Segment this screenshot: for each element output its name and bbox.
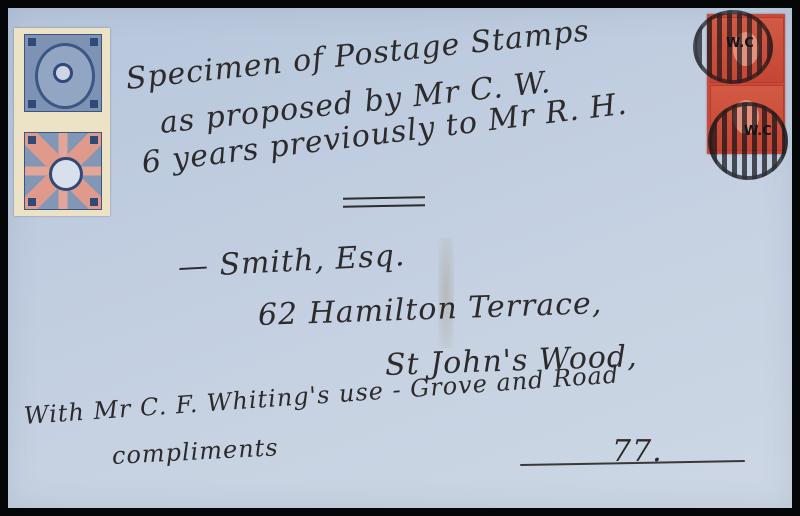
crown-icon (53, 63, 73, 83)
postmark-cancel (708, 102, 788, 180)
blue-stamp-top (24, 34, 102, 112)
corner-ornament (28, 100, 36, 108)
postmark-text: W.C (726, 36, 754, 51)
corner-ornament (28, 136, 36, 144)
corner-ornament (90, 100, 98, 108)
blue-essay-stamp-pair (14, 28, 110, 216)
postmark-text: W.C (744, 124, 772, 139)
corner-ornament (90, 136, 98, 144)
corner-ornament (90, 38, 98, 46)
corner-ornament (28, 38, 36, 46)
crown-icon (49, 157, 83, 191)
corner-ornament (90, 198, 98, 206)
corner-ornament (28, 198, 36, 206)
blue-stamp-bottom-overprinted (24, 132, 102, 210)
